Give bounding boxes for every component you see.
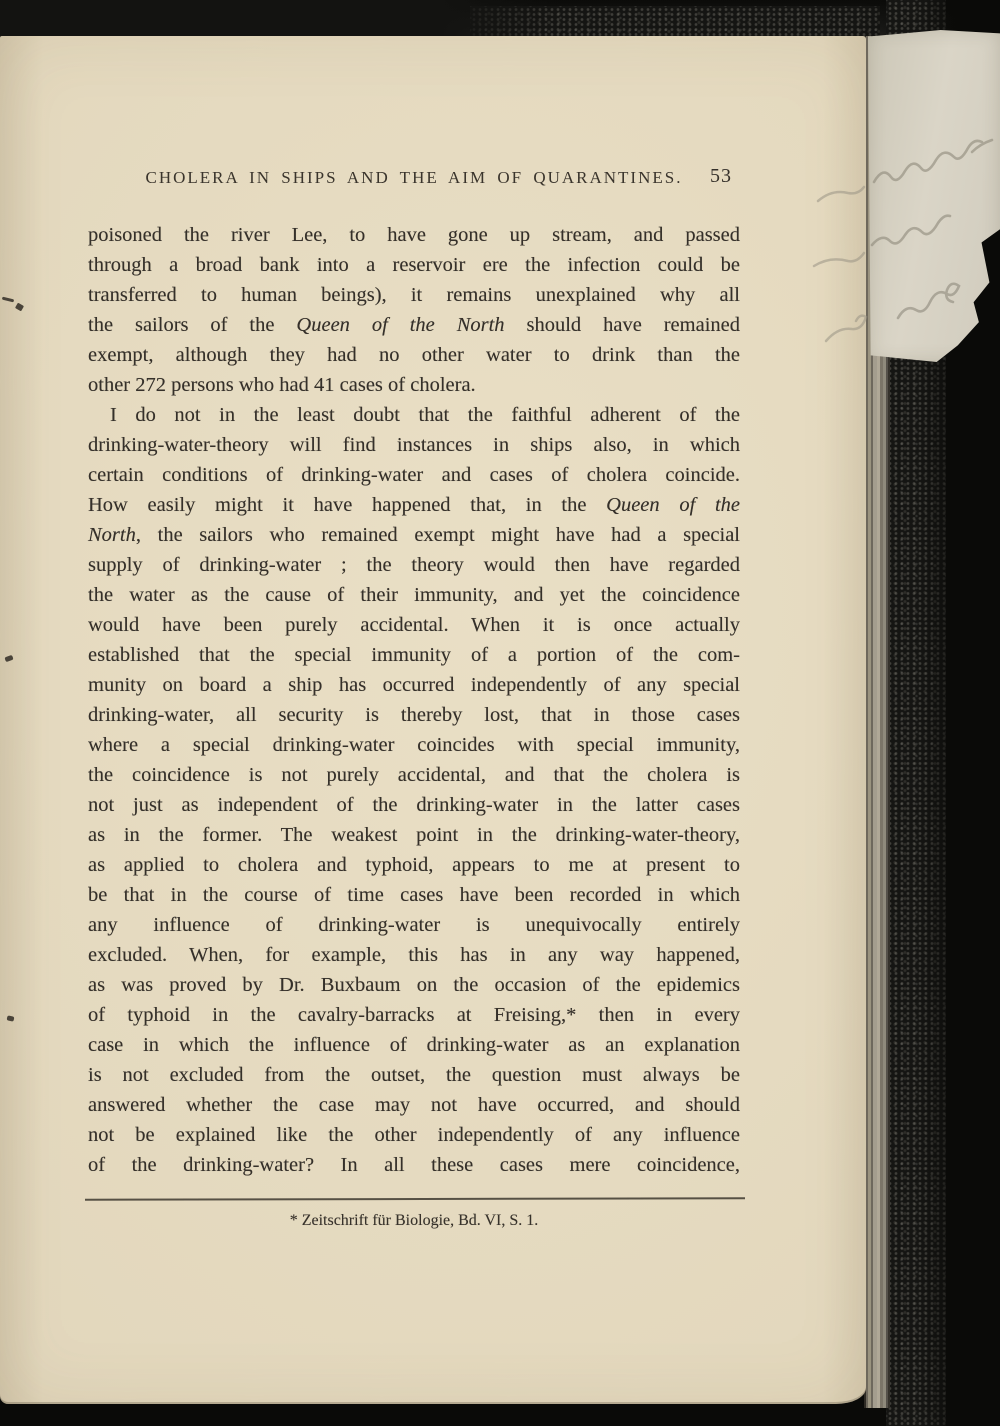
text-segment: of typhoid in the cavalry-barracks at Fr… — [88, 1004, 740, 1026]
book-page: CHOLERA IN SHIPS AND THE AIM OF QUARANTI… — [0, 36, 866, 1404]
text-line: case in which the influence of drinking-… — [88, 1030, 740, 1060]
text-line: would have been purely accidental. When … — [88, 610, 740, 640]
text-segment: established that the special immunity of… — [88, 644, 740, 666]
text-line: certain conditions of drinking-water and… — [88, 460, 740, 490]
text-segment: drinking-water-theory will find instance… — [88, 434, 740, 456]
text-line: of the drinking-water? In all these case… — [88, 1150, 740, 1180]
pencil-marks-icon — [810, 126, 870, 376]
text-line: transferred to human beings), it remains… — [88, 280, 740, 310]
text-segment: should have remained — [505, 314, 740, 336]
text-line: North, the sailors who remained exempt m… — [88, 520, 740, 550]
text-line: How easily might it have happened that, … — [88, 490, 740, 520]
text-line: any influence of drinking-water is unequ… — [88, 910, 740, 940]
footnote: * Zeitschrift für Biologie, Bd. VI, S. 1… — [88, 1212, 740, 1230]
text-segment: the sailors of the — [88, 314, 296, 336]
text-line: not just as independent of the drinking-… — [88, 790, 740, 820]
text-segment: How easily might it have happened that, … — [88, 494, 606, 516]
text-line: the water as the cause of their immunity… — [88, 580, 740, 610]
text-segment: certain conditions of drinking-water and… — [88, 464, 740, 486]
italic-text-segment: Queen of the — [606, 494, 740, 516]
ink-speck — [7, 1015, 15, 1021]
text-line: munity on board a ship has occurred inde… — [88, 670, 740, 700]
running-header: CHOLERA IN SHIPS AND THE AIM OF QUARANTI… — [88, 168, 740, 194]
text-segment: case in which the influence of drinking-… — [88, 1034, 740, 1056]
text-segment: through a broad bank into a reservoir er… — [88, 254, 740, 276]
text-segment: supply of drinking-water ; the theory wo… — [88, 554, 740, 576]
footnote-rule — [85, 1197, 745, 1200]
ink-speck — [4, 655, 13, 662]
text-segment: drinking-water, all security is thereby … — [88, 704, 740, 726]
text-segment: where a special drinking-water coincides… — [88, 734, 740, 756]
text-segment: is not excluded from the outset, the que… — [88, 1064, 740, 1086]
ink-speck — [2, 297, 14, 303]
text-segment: the water as the cause of their immunity… — [88, 584, 740, 606]
text-segment: answered whether the case may not have o… — [88, 1094, 740, 1116]
text-line: as in the former. The weakest point in t… — [88, 820, 740, 850]
italic-text-segment: North — [88, 524, 136, 546]
text-line: drinking-water-theory will find instance… — [88, 430, 740, 460]
text-segment: excluded. When, for example, this has in… — [88, 944, 740, 966]
cover-shading — [0, 0, 1000, 38]
page-number: 53 — [710, 165, 732, 188]
text-line: be that in the course of time cases have… — [88, 880, 740, 910]
text-line: through a broad bank into a reservoir er… — [88, 250, 740, 280]
page-title: CHOLERA IN SHIPS AND THE AIM OF QUARANTI… — [88, 168, 740, 188]
text-line: excluded. When, for example, this has in… — [88, 940, 740, 970]
text-segment: other 272 persons who had 41 cases of ch… — [88, 374, 476, 396]
text-line: exempt, although they had no other water… — [88, 340, 740, 370]
text-line: the coincidence is not purely accidental… — [88, 760, 740, 790]
text-segment: poisoned the river Lee, to have gone up … — [88, 224, 740, 246]
text-line: poisoned the river Lee, to have gone up … — [88, 220, 740, 250]
text-segment: transferred to human beings), it remains… — [88, 284, 740, 306]
text-segment: any influence of drinking-water is unequ… — [88, 914, 740, 936]
text-segment: munity on board a ship has occurred inde… — [88, 674, 740, 696]
text-line: not be explained like the other independ… — [88, 1120, 740, 1150]
text-line: drinking-water, all security is thereby … — [88, 700, 740, 730]
text-segment: the coincidence is not purely accidental… — [88, 764, 740, 786]
text-line: other 272 persons who had 41 cases of ch… — [88, 370, 740, 400]
text-segment: exempt, although they had no other water… — [88, 344, 740, 366]
book-scan: CHOLERA IN SHIPS AND THE AIM OF QUARANTI… — [0, 0, 1000, 1426]
text-segment: I do not in the least doubt that the fai… — [110, 404, 740, 426]
text-segment: would have been purely accidental. When … — [88, 614, 740, 636]
text-segment: be that in the course of time cases have… — [88, 884, 740, 906]
text-line: as was proved by Dr. Buxbaum on the occa… — [88, 970, 740, 1000]
text-line: established that the special immunity of… — [88, 640, 740, 670]
text-segment: of the drinking-water? In all these case… — [88, 1154, 740, 1176]
text-segment: , the sailors who remained exempt might … — [136, 524, 740, 546]
ink-speck — [15, 303, 24, 312]
text-line: the sailors of the Queen of the North sh… — [88, 310, 740, 340]
text-line: as applied to cholera and typhoid, appea… — [88, 850, 740, 880]
text-line: where a special drinking-water coincides… — [88, 730, 740, 760]
text-segment: as applied to cholera and typhoid, appea… — [88, 854, 740, 876]
text-segment: not just as independent of the drinking-… — [88, 794, 740, 816]
text-line: answered whether the case may not have o… — [88, 1090, 740, 1120]
text-line: is not excluded from the outset, the que… — [88, 1060, 740, 1090]
body-text: poisoned the river Lee, to have gone up … — [88, 220, 740, 1180]
text-line: of typhoid in the cavalry-barracks at Fr… — [88, 1000, 740, 1030]
text-line: I do not in the least doubt that the fai… — [88, 400, 740, 430]
text-segment: as in the former. The weakest point in t… — [88, 824, 740, 846]
text-segment: not be explained like the other independ… — [88, 1124, 740, 1146]
text-segment: as was proved by Dr. Buxbaum on the occa… — [88, 974, 740, 996]
italic-text-segment: Queen of the North — [296, 314, 504, 336]
text-line: supply of drinking-water ; the theory wo… — [88, 550, 740, 580]
